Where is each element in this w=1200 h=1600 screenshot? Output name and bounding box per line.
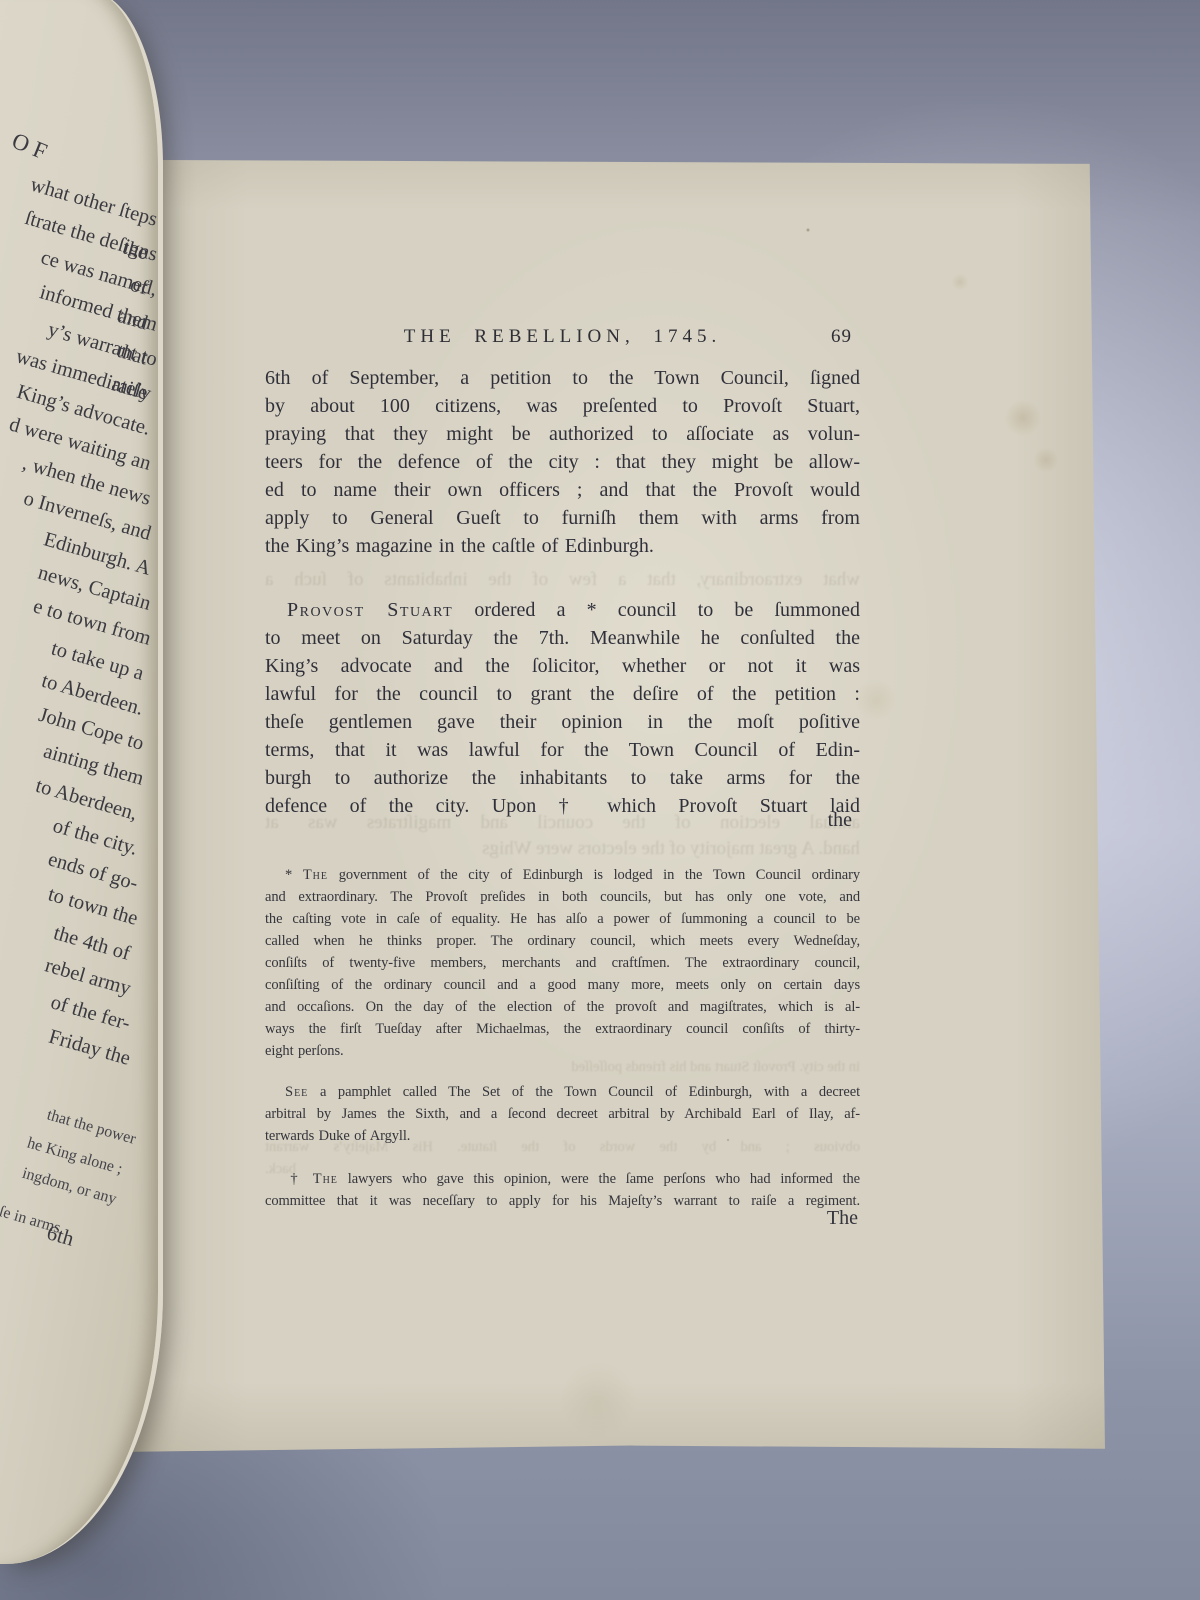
footnote-line: eight perſons. [265,1040,860,1062]
left-page-lines: what other ſteps theſtrate the deſigns o… [0,202,148,1077]
paragraph-2: Provost Stuart ordered a * council to be… [265,596,860,820]
footnote-line: * The government of the city of Edinburg… [265,864,860,886]
footnote-marker-dagger: † [285,1171,303,1187]
footnote-line: conſiſting of the ordinary council and a… [265,974,860,996]
paragraph-continuation-word: the [265,806,860,834]
showthrough-line: what extraordinary, that a few of the in… [265,567,860,593]
footnote-line: and extraordinary. The Provoſt preſides … [265,886,860,908]
text-line: by about 100 citizens, was preſented to … [265,392,860,420]
footnote-line: called when he thinks proper. The ordina… [265,930,860,952]
catchword: The [265,1206,860,1230]
text-line: ed to name their own officers ; and that… [265,476,860,504]
smallcaps-word: See [285,1084,308,1100]
footnote-line: ways the firſt Tueſday after Michaelmas,… [265,1018,860,1040]
footnote-line: the caſting vote in caſe of equality. He… [265,908,860,930]
paragraph-1: 6th of September, a petition to the Town… [265,364,860,560]
text-line: the King’s magazine in the caſtle of Edi… [265,532,860,560]
left-text-line: Friday the [0,1042,148,1077]
footnote-line-rest: government of the city of Edinburgh is l… [339,867,860,883]
text-line: terms, that it was lawful for the Town C… [265,736,860,764]
text-line: 6th of September, a petition to the Town… [265,364,860,392]
text-line: to meet on Saturday the 7th. Meanwhile h… [265,624,860,652]
text-line: King’s advocate and the ſolicitor, wheth… [265,652,860,680]
book-photo: { "photo": { "backdrop_color": "#9aa0b2"… [0,0,1200,1600]
smallcaps-name: Provost Stuart [287,599,453,621]
running-header: THE REBELLION, 1745. 69 [265,326,860,354]
footnote-line-rest: a pamphlet called The Set of the Town Co… [320,1084,860,1100]
smallcaps-word: The [303,867,328,883]
left-page-catchword: 6th [45,1227,72,1252]
footnote-2-lines: arbitral by James the Sixth, and a ſecon… [265,1103,860,1147]
running-header-title: THE REBELLION, 1745. [404,326,721,347]
footnote-line: terwards Duke of Argyll. [265,1125,860,1147]
text-line-rest: ordered a * council to be ſummoned [474,599,860,621]
text-line: apply to General Gueſt to furniſh them w… [265,504,860,532]
left-page: OF what other ſteps theſtrate the deſign… [0,0,163,1564]
footnote-line: † The lawyers who gave this opinion, wer… [265,1168,860,1190]
text-line: lawful for the council to grant the deſi… [265,680,860,708]
footnote-line: and occaſions. On the day of the electio… [265,996,860,1018]
footnote-line: arbitral by James the Sixth, and a ſecon… [265,1103,860,1125]
footnote-2: See a pamphlet called The Set of the Tow… [265,1081,860,1147]
right-page: what extraordinary, that a few of the in… [118,160,1105,1452]
text-line: praying that they might be authorized to… [265,420,860,448]
footnote-1: * The government of the city of Edinburg… [265,864,860,1062]
smallcaps-word: The [313,1171,338,1187]
text-line: Provost Stuart ordered a * council to be… [265,596,860,624]
text-line: theſe gentlemen gave their opinion in th… [265,708,860,736]
footnote-line: conſiſts of twenty-five members, merchan… [265,952,860,974]
text-line: burgh to authorize the inhabitants to ta… [265,764,860,792]
footnote-marker-asterisk: * [285,867,292,883]
text-line: teers for the defence of the city : that… [265,448,860,476]
showthrough-line: hand. A great majority of the electors w… [265,836,860,862]
paragraph-2-lines: to meet on Saturday the 7th. Meanwhile h… [265,624,860,820]
footnote-line-rest: lawyers who gave this opinion, were the … [348,1171,860,1187]
page-number: 69 [831,326,852,348]
footnote-line: See a pamphlet called The Set of the Tow… [265,1081,860,1103]
footnote-1-lines: and extraordinary. The Provoſt preſides … [265,886,860,1062]
